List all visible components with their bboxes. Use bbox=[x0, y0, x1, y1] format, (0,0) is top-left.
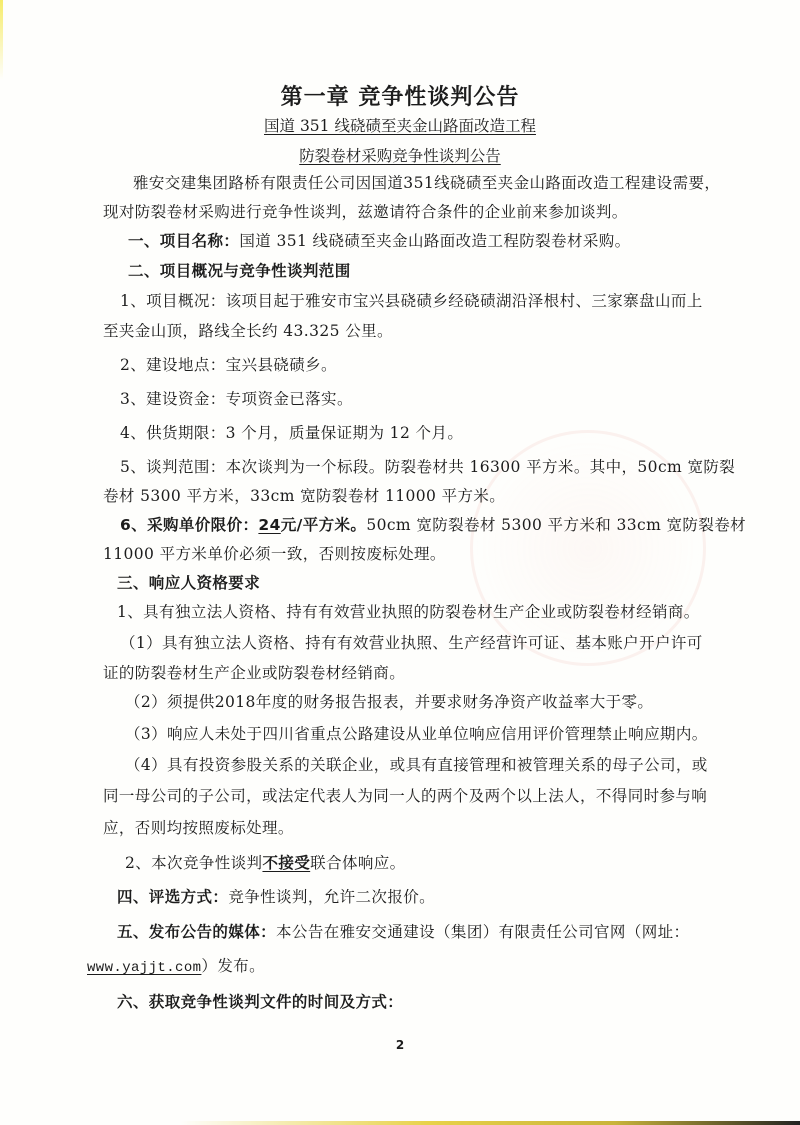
section-3-sub-4-line-2: 同一母公司的子公司，或法定代表人为同一人的两个及两个以上法人，不得同时参与响 bbox=[103, 786, 707, 806]
section-3-sub-1-line-1: （1）具有独立法人资格、持有有效营业执照、生产经营许可证、基本账户开户许可 bbox=[120, 633, 703, 653]
document-page: 第一章 竞争性谈判公告 国道 351 线硗碛至夹金山路面改造工程 防裂卷材采购竞… bbox=[0, 0, 800, 1125]
subtitle-line-2: 防裂卷材采购竞争性谈判公告 bbox=[0, 144, 800, 166]
section-3-sub-1-line-2: 证的防裂卷材生产企业或防裂卷材经销商。 bbox=[103, 663, 405, 683]
section-2-item-6-line-2: 11000 平方米单价必须一致，否则按废标处理。 bbox=[103, 544, 446, 564]
section-3-sub-2: （2）须提供2018年度的财务报告报表，并要求财务净资产收益率大于零。 bbox=[125, 692, 653, 712]
section-4-heading: 四、评选方式： bbox=[117, 888, 228, 906]
section-2-item-6-line-1: 6、采购单价限价：24元/平方米。50cm 宽防裂卷材 5300 平方米和 33… bbox=[120, 515, 746, 535]
section-3-sub-4-line-1: （4）具有投资参股关系的关联企业，或具有直接管理和被管理关系的母子公司，或 bbox=[125, 755, 708, 775]
scan-edge-bottom bbox=[180, 1121, 800, 1125]
section-2-item-3: 3、建设资金：专项资金已落实。 bbox=[120, 389, 353, 409]
section-1-heading: 一、项目名称： bbox=[128, 232, 239, 250]
chapter-title: 第一章 竞争性谈判公告 bbox=[0, 80, 800, 111]
price-limit-value: 24 bbox=[258, 516, 280, 534]
section-2-item-1-line-2: 至夹金山顶，路线全长约 43.325 公里。 bbox=[103, 321, 393, 341]
section-3-sub-3: （3）响应人未处于四川省重点公路建设从业单位响应信用评价管理禁止响应期内。 bbox=[125, 724, 708, 744]
section-4-text: 竞争性谈判，允许二次报价。 bbox=[228, 888, 435, 906]
intro-line-2: 现对防裂卷材采购进行竞争性谈判，兹邀请符合条件的企业前来参加谈判。 bbox=[103, 202, 628, 222]
section-5-line-2: www.yajjt.com）发布。 bbox=[87, 956, 265, 978]
section-5-heading: 五、发布公告的媒体： bbox=[117, 923, 276, 941]
section-1-text: 国道 351 线硗碛至夹金山路面改造工程防裂卷材采购。 bbox=[239, 232, 630, 250]
section-5-line-1: 五、发布公告的媒体：本公告在雅安交通建设（集团）有限责任公司官网（网址： bbox=[117, 922, 689, 942]
scan-edge-left bbox=[0, 0, 3, 80]
section-3-sub-4-line-3: 应，否则均按照废标处理。 bbox=[103, 818, 294, 838]
price-limit-unit: 元/平方米。 bbox=[281, 516, 367, 534]
section-5-text: 本公告在雅安交通建设（集团）有限责任公司官网（网址： bbox=[276, 923, 689, 941]
website-link[interactable]: www.yajjt.com bbox=[87, 960, 201, 976]
section-1: 一、项目名称：国道 351 线硗碛至夹金山路面改造工程防裂卷材采购。 bbox=[128, 231, 631, 251]
section-2-item-4: 4、供货期限：3 个月，质量保证期为 12 个月。 bbox=[120, 423, 463, 443]
section-2-item-5-line-1: 5、谈判范围：本次谈判为一个标段。防裂卷材共 16300 平方米。其中，50cm… bbox=[120, 457, 735, 477]
section-2-item-5-line-2: 卷材 5300 平方米，33cm 宽防裂卷材 11000 平方米。 bbox=[103, 486, 505, 506]
section-4: 四、评选方式：竞争性谈判，允许二次报价。 bbox=[117, 887, 435, 907]
section-3-item-2: 2、本次竞争性谈判不接受联合体响应。 bbox=[125, 853, 406, 873]
section-2-heading: 二、项目概况与竞争性谈判范围 bbox=[128, 261, 351, 281]
section-3-item-1: 1、具有独立法人资格、持有有效营业执照的防裂卷材生产企业或防裂卷材经销商。 bbox=[117, 602, 700, 622]
page-number: 2 bbox=[0, 1038, 800, 1052]
subtitle-line-1: 国道 351 线硗碛至夹金山路面改造工程 bbox=[0, 114, 800, 136]
price-limit-label: 6、采购单价限价： bbox=[120, 516, 258, 534]
not-accepted-emphasis: 不接受 bbox=[262, 854, 310, 872]
section-3-heading: 三、响应人资格要求 bbox=[117, 573, 260, 593]
price-limit-detail: 50cm 宽防裂卷材 5300 平方米和 33cm 宽防裂卷材 bbox=[366, 516, 746, 534]
section-6-heading: 六、获取竞争性谈判文件的时间及方式： bbox=[117, 992, 403, 1012]
section-2-item-1-line-1: 1、项目概况：该项目起于雅安市宝兴县硗碛乡经硗碛湖沿泽根村、三家寨盘山而上 bbox=[120, 291, 703, 311]
intro-line-1: 雅安交建集团路桥有限责任公司因国道351线硗碛至夹金山路面改造工程建设需要， bbox=[133, 173, 720, 193]
section-2-item-2: 2、建设地点：宝兴县硗碛乡。 bbox=[120, 355, 337, 375]
